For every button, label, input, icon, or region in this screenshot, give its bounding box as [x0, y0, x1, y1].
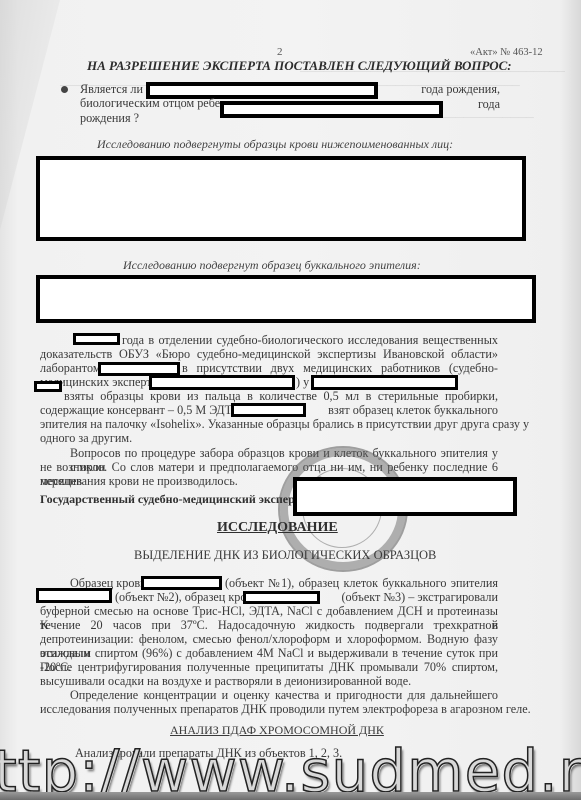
- research-text: исследования полученных препаратов ДНК п…: [40, 702, 531, 716]
- question-text: года рождения,: [386, 82, 500, 96]
- research-text: (объект №2), образец крови: [115, 590, 259, 604]
- redacted-name: [98, 362, 180, 376]
- dna-extraction-heading: ВЫДЕЛЕНИЕ ДНК ИЗ БИОЛОГИЧЕСКИХ ОБРАЗЦОВ: [134, 548, 436, 563]
- research-text: течение 20 часов при 37ºС. Надосадочную …: [40, 618, 498, 632]
- procedure-text: эпителия на палочку «Isohelix». Указанны…: [40, 417, 529, 431]
- research-text: высушивали осадки на воздухе и растворял…: [40, 674, 411, 688]
- procedure-note: переливания крови не производилось.: [40, 474, 238, 488]
- procedure-text: ) у: [296, 375, 309, 389]
- redacted-name: [34, 381, 62, 392]
- procedure-text: одного за другим.: [40, 431, 132, 445]
- scan-bottom-edge: [0, 792, 581, 800]
- redacted-name: [149, 375, 295, 390]
- redacted-name: [220, 101, 443, 118]
- bullet-icon: [61, 86, 68, 93]
- procedure-text: взят образец клеток буккального: [311, 403, 498, 417]
- research-text: После центрифугирования полученные преци…: [40, 660, 498, 674]
- redacted-buccal-sample-block: [36, 275, 536, 323]
- question-text: Является ли: [80, 82, 143, 96]
- procedure-text: содержащие консервант – 0,5 М ЭДТА, у: [40, 403, 252, 417]
- question-text: года: [444, 97, 500, 111]
- redacted-name: [311, 375, 458, 390]
- procedure-text: взяты образцы крови из пальца в количест…: [64, 389, 498, 403]
- buccal-sample-caption: Исследованию подвергнут образец буккальн…: [123, 258, 421, 273]
- procedure-text: лаборантом: [40, 361, 101, 375]
- question-heading: НА РАЗРЕШЕНИЕ ЭКСПЕРТА ПОСТАВЛЕН СЛЕДУЮЩ…: [87, 58, 512, 74]
- expert-signature-label: Государственный судебно-медицинский эксп…: [40, 492, 305, 506]
- document-page: ────────────────────────────────── ─────…: [0, 0, 581, 800]
- procedure-text: года в отделении судебно-биологического …: [122, 333, 498, 347]
- procedure-text: в присутствии двух медицинских работнико…: [182, 361, 498, 375]
- research-text: (объект №3) – экстрагировали: [322, 590, 498, 604]
- page-number: 2: [277, 46, 283, 58]
- act-number: «Акт» № 463-12: [470, 47, 543, 58]
- research-heading: ИССЛЕДОВАНИЕ: [217, 520, 338, 536]
- redacted-expert-name: [293, 477, 517, 516]
- redacted-name: [36, 588, 112, 603]
- procedure-text: доказательств ОБУЗ «Бюро судебно-медицин…: [40, 347, 498, 361]
- question-text: рождения ?: [80, 111, 139, 125]
- redacted-name: [243, 591, 320, 604]
- pdaf-analysis-heading: АНАЛИЗ ПДАФ ХРОМОСОМНОЙ ДНК: [170, 723, 384, 738]
- redacted-blood-samples-block: [36, 156, 526, 241]
- redacted-date: [73, 333, 120, 345]
- redacted-name: [141, 576, 222, 590]
- research-text: Определение концентрации и оценку качест…: [70, 688, 498, 702]
- blood-samples-caption: Исследованию подвергнуты образцы крови н…: [97, 137, 453, 152]
- research-text: (объект №1), образец клеток буккального …: [225, 576, 498, 590]
- redacted-name: [231, 403, 306, 417]
